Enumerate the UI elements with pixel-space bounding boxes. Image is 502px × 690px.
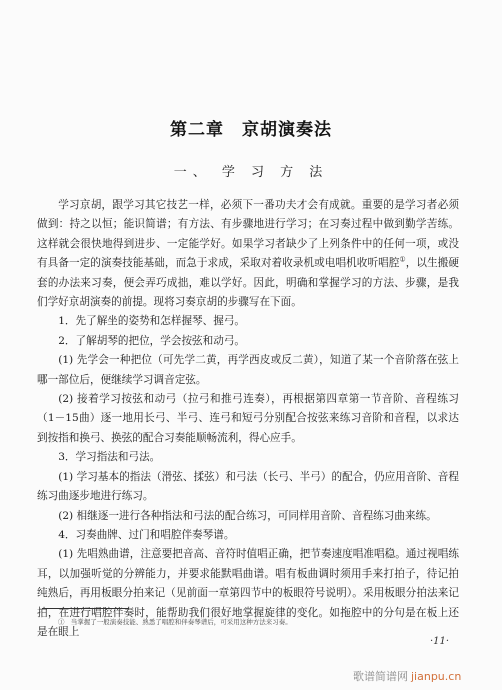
paragraph: (2) 相继逐一进行各种指法和弓法的配合练习，可同样用音阶、音程练习曲来练。 [37,507,459,526]
footnote-divider [42,608,128,609]
paragraph: 学习京胡，跟学习其它技艺一样，必须下一番功夫才会有成就。重要的是学习者必须做到：… [37,196,459,312]
paragraph: 3．学习指法和弓法。 [37,448,459,467]
watermark: 歌谱简谱网jianpu.cn [353,668,461,684]
footnote-text: 当掌握了一般演奏技能、熟悉了唱腔和伴奏琴谱后，可采用这种方法来习奏。 [71,618,292,626]
section-title: 一、 学 习 方 法 [0,161,502,180]
paragraph: 2．了解胡琴的把位，学会按弦和动弓。 [37,332,459,351]
document-page: 第二章京胡演奏法 一、 学 习 方 法 学习京胡，跟学习其它技艺一样，必须下一番… [0,0,502,690]
paragraph: (2) 接着学习按弦和动弓（拉弓和推弓连奏），再根据第四章第一节音阶、音程练习（… [37,390,459,448]
chapter-name: 京胡演奏法 [242,120,332,140]
footnote-marker: ① [58,618,65,626]
body-text: 学习京胡，跟学习其它技艺一样，必须下一番功夫才会有成就。重要的是学习者必须做到：… [37,196,459,642]
page-number: ·11· [430,636,449,647]
paragraph: (1) 先学会一种把位（可先学二黄，再学西皮或反二黄），知道了某一个音阶落在弦上… [37,351,459,390]
chapter-title: 第二章京胡演奏法 [0,115,502,140]
paragraph: (1) 先唱熟曲谱，注意要把音高、音符时值唱正确，把节奏速度唱准唱稳。通过视唱练… [37,545,459,642]
watermark-site-name: 歌谱简谱网 [353,670,408,683]
paragraph: 1．先了解坐的姿势和怎样握琴、握弓。 [37,312,459,331]
paragraph: 4．习奏曲牌、过门和唱腔伴奏琴谱。 [37,526,459,545]
watermark-domain: jianpu.cn [411,670,461,683]
footnote: ① 当掌握了一般演奏技能、熟悉了唱腔和伴奏琴谱后，可采用这种方法来习奏。 [58,617,458,626]
chapter-number: 第二章 [170,120,224,140]
paragraph: (1) 学习基本的指法（滑弦、揉弦）和弓法（长弓、半弓）的配合，仍应用音阶、音程… [37,468,459,507]
